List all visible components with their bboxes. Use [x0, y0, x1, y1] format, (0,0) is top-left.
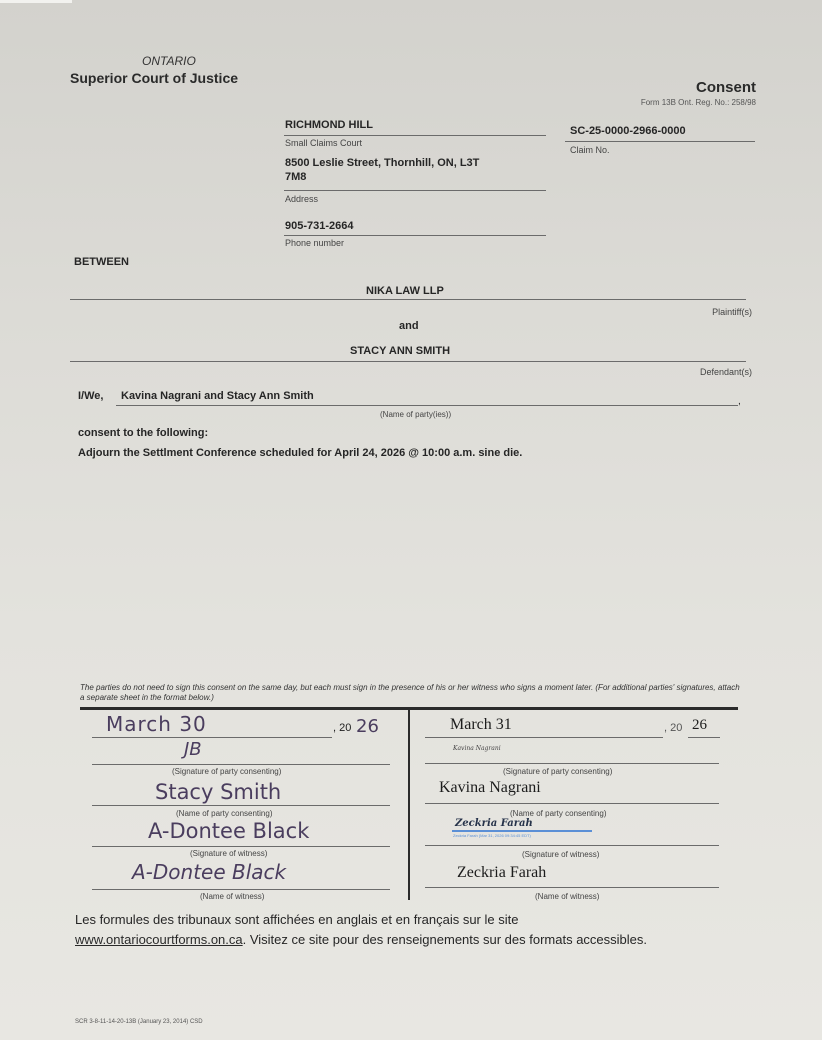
signing-note: The parties do not need to sign this con… — [80, 683, 740, 703]
left-witness-signature: A-Dontee Black — [148, 819, 309, 843]
divider — [688, 737, 720, 738]
left-party-name: Stacy Smith — [155, 780, 281, 804]
right-party-name: Kavina Nagrani — [439, 779, 541, 797]
left-date: March 30 — [106, 712, 207, 736]
left-witness-signature-label: (Signature of witness) — [190, 849, 267, 858]
divider — [92, 764, 390, 765]
party-names-label: (Name of party(ies)) — [380, 410, 451, 419]
divider — [92, 805, 390, 806]
form-number: Form 13B Ont. Reg. No.: 258/98 — [641, 98, 756, 107]
defendant-label: Defendant(s) — [700, 367, 752, 377]
left-witness-name: A-Dontee Black — [132, 860, 286, 884]
divider — [425, 803, 719, 804]
left-party-signature: JB — [184, 739, 202, 760]
left-witness-name-label: (Name of witness) — [200, 892, 264, 901]
divider — [92, 846, 390, 847]
right-witness-signature-label: (Signature of witness) — [522, 850, 599, 859]
divider — [284, 190, 546, 191]
divider — [92, 889, 390, 890]
consent-to-label: consent to the following: — [78, 427, 208, 439]
right-witness-name-label: (Name of witness) — [535, 892, 599, 901]
between-label: BETWEEN — [74, 256, 129, 268]
right-witness-signature: Zeckria Farah — [455, 818, 533, 829]
phone-label: Phone number — [285, 238, 344, 248]
right-year-prefix: , 20 — [664, 722, 682, 734]
address-label: Address — [285, 194, 318, 204]
consent-terms: Adjourn the Settlment Conference schedul… — [78, 447, 522, 459]
divider — [284, 235, 546, 236]
right-party-signature: Kavina Nagrani — [453, 745, 501, 752]
plaintiff-label: Plaintiff(s) — [712, 307, 752, 317]
left-year-suffix: 26 — [356, 716, 379, 737]
left-party-signature-label: (Signature of party consenting) — [172, 767, 281, 776]
defendant-name: STACY ANN SMITH — [350, 345, 450, 357]
french-notice-line2: . Visitez ce site pour des renseignement… — [243, 932, 647, 947]
divider — [425, 887, 719, 888]
iwe-label: I/We, — [78, 390, 103, 402]
french-notice-line1: Les formules des tribunaux sont affichée… — [75, 912, 518, 927]
left-year-prefix: , 20 — [333, 722, 351, 734]
plaintiff-name: NIKA LAW LLP — [366, 285, 444, 297]
right-party-signature-label: (Signature of party consenting) — [503, 767, 612, 776]
signature-table-divider — [408, 710, 410, 900]
and-label: and — [399, 320, 419, 332]
corner-artifact — [0, 0, 72, 3]
french-notice-line2-wrap: www.ontariocourtforms.on.ca. Visitez ce … — [75, 932, 647, 947]
jurisdiction: ONTARIO — [142, 54, 196, 68]
claim-number-label: Claim No. — [570, 145, 610, 155]
divider — [70, 299, 746, 300]
ontario-court-forms-link[interactable]: www.ontariocourtforms.on.ca — [75, 932, 243, 947]
divider — [284, 135, 546, 136]
court-location: RICHMOND HILL — [285, 119, 373, 131]
claim-number: SC-25-0000-2966-0000 — [570, 125, 686, 137]
divider — [565, 141, 755, 142]
form-title: Consent — [696, 79, 756, 96]
esign-stamp: Zeckria Farah (Mar 31, 2026 09:34:45 EDT… — [453, 833, 531, 838]
right-year-suffix: 26 — [692, 717, 707, 734]
divider — [425, 737, 663, 738]
left-party-name-label: (Name of party consenting) — [176, 809, 273, 818]
right-witness-name: Zeckria Farah — [457, 864, 546, 882]
court-location-label: Small Claims Court — [285, 138, 362, 148]
party-names: Kavina Nagrani and Stacy Ann Smith — [121, 390, 314, 402]
court-name: Superior Court of Justice — [70, 70, 238, 86]
divider — [70, 361, 746, 362]
divider — [92, 737, 332, 738]
divider — [116, 405, 738, 406]
court-address-line2: 7M8 — [285, 171, 306, 183]
right-party-name-label: (Name of party consenting) — [510, 809, 607, 818]
form-code: SCR 3-8-11-14-20-13B (January 23, 2014) … — [75, 1019, 203, 1025]
divider — [425, 845, 719, 846]
right-date: March 31 — [450, 716, 512, 734]
court-phone: 905-731-2664 — [285, 220, 354, 232]
divider — [425, 763, 719, 764]
court-address-line1: 8500 Leslie Street, Thornhill, ON, L3T — [285, 157, 479, 169]
esign-underline — [452, 830, 592, 832]
